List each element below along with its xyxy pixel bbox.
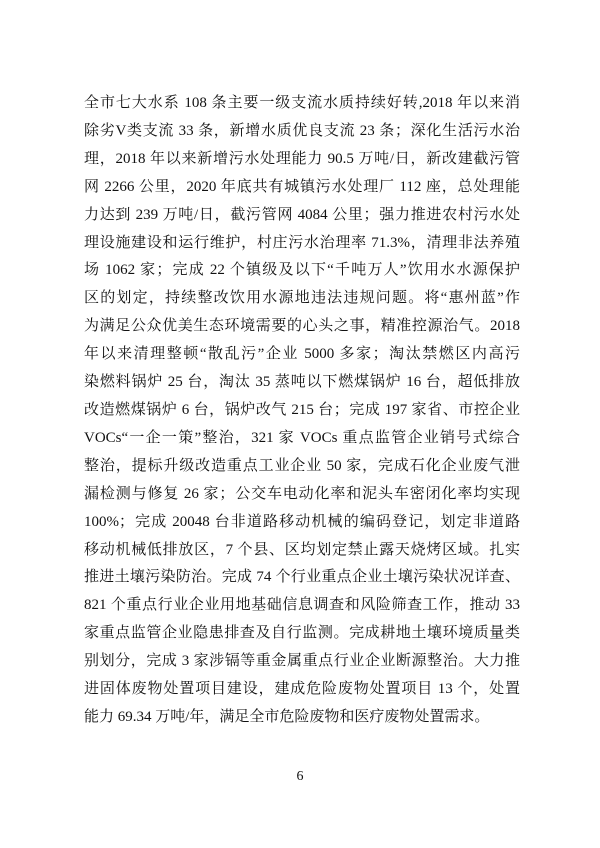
text-line: VOCs“一企一策”整治，321 家 VOCs 重点监管企业销号式综合 <box>84 425 520 453</box>
text-line: 年以来清理整顿“散乱污”企业 5000 多家；淘汰禁燃区内高污 <box>84 341 520 369</box>
text-line: 全市七大水系 108 条主要一级支流水质持续好转,2018 年以来消 <box>84 90 520 118</box>
text-line: 能力 69.34 万吨/年，满足全市危险废物和医疗废物处置需求。 <box>84 704 520 732</box>
document-page: 全市七大水系 108 条主要一级支流水质持续好转,2018 年以来消除劣V类支流… <box>0 0 600 848</box>
text-line: 网 2266 公里，2020 年底共有城镇污水处理厂 112 座，总处理能 <box>84 174 520 202</box>
text-line: 100%；完成 20048 台非道路移动机械的编码登记，划定非道路 <box>84 509 520 537</box>
text-line: 进固体废物处置项目建设，建成危险废物处置项目 13 个，处置 <box>84 676 520 704</box>
text-line: 力达到 239 万吨/日，截污管网 4084 公里；强力推进农村污水处 <box>84 202 520 230</box>
text-line: 理，2018 年以来新增污水处理能力 90.5 万吨/日，新改建截污管 <box>84 146 520 174</box>
text-line: 漏检测与修复 26 家；公交车电动化率和泥头车密闭化率均实现 <box>84 481 520 509</box>
text-line: 整治，提标升级改造重点工业企业 50 家，完成石化企业废气泄 <box>84 453 520 481</box>
page-number: 6 <box>0 768 600 786</box>
text-line: 家重点监管企业隐患排查及自行监测。完成耕地土壤环境质量类 <box>84 620 520 648</box>
text-line: 移动机械低排放区，7 个县、区均划定禁止露天烧烤区域。扎实 <box>84 537 520 565</box>
text-line: 染燃料锅炉 25 台，淘汰 35 蒸吨以下燃煤锅炉 16 台，超低排放 <box>84 369 520 397</box>
body-text: 全市七大水系 108 条主要一级支流水质持续好转,2018 年以来消除劣V类支流… <box>84 90 520 732</box>
text-line: 场 1062 家；完成 22 个镇级及以下“千吨万人”饮用水水源保护 <box>84 257 520 285</box>
text-line: 推进土壤污染防治。完成 74 个行业重点企业土壤污染状况详查、 <box>84 564 520 592</box>
text-line: 理设施建设和运行维护，村庄污水治理率 71.3%，清理非法养殖 <box>84 230 520 258</box>
text-line: 821 个重点行业企业用地基础信息调查和风险筛查工作，推动 33 <box>84 592 520 620</box>
text-line: 改造燃煤锅炉 6 台，锅炉改气 215 台；完成 197 家省、市控企业 <box>84 397 520 425</box>
text-line: 为满足公众优美生态环境需要的心头之事，精准控源治气。2018 <box>84 313 520 341</box>
text-line: 区的划定，持续整改饮用水源地违法违规问题。将“惠州蓝”作 <box>84 285 520 313</box>
text-line: 除劣V类支流 33 条，新增水质优良支流 23 条；深化生活污水治 <box>84 118 520 146</box>
text-line: 别划分，完成 3 家涉镉等重金属重点行业企业断源整治。大力推 <box>84 648 520 676</box>
